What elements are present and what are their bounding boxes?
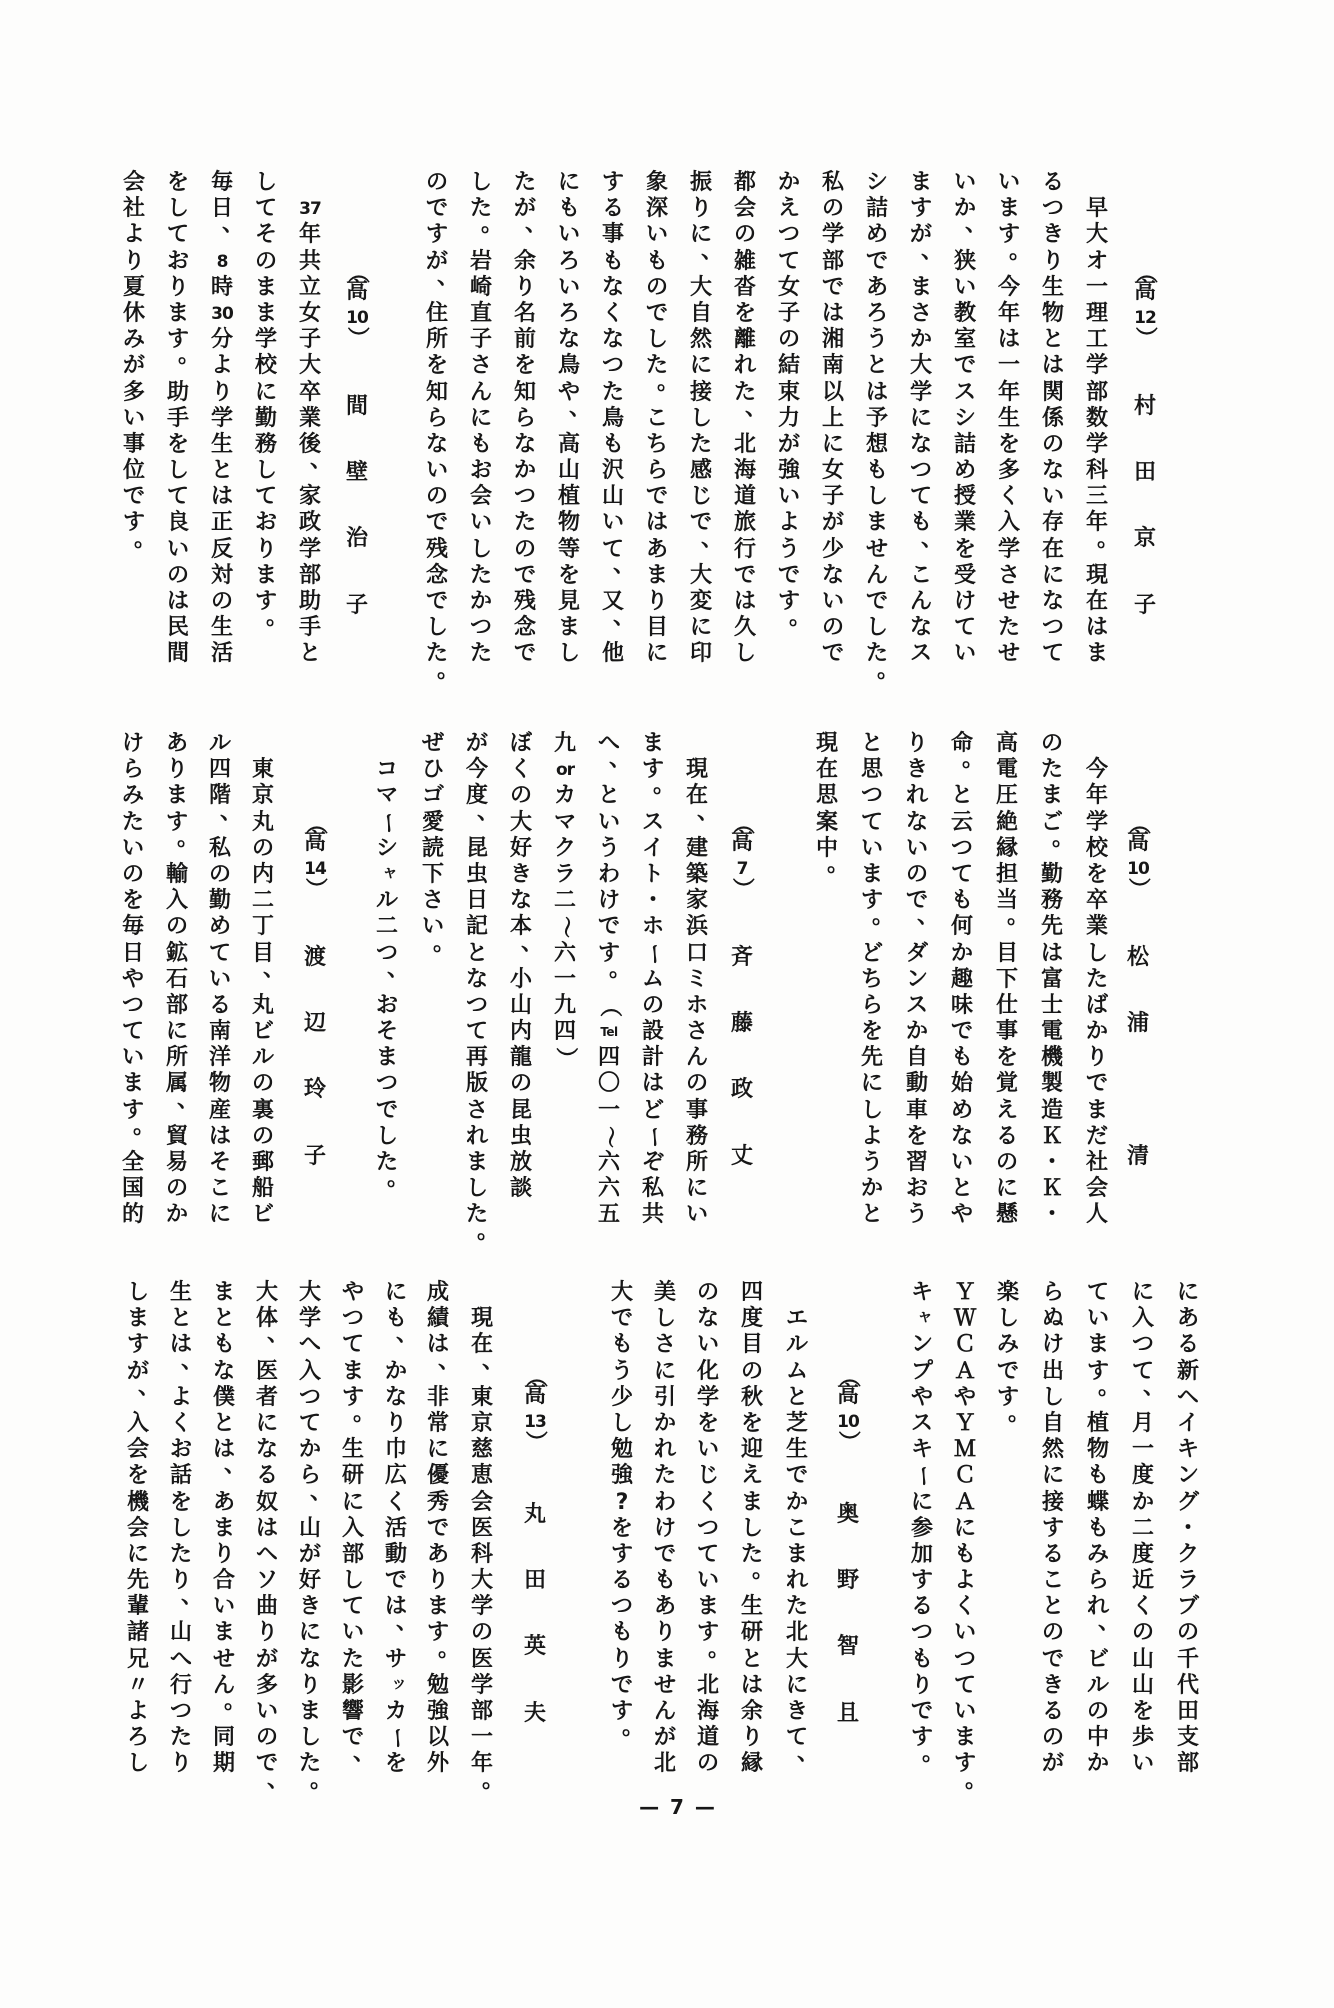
glyph: 勉	[609, 1437, 635, 1463]
glyph: 生	[784, 1437, 810, 1463]
glyph: う	[859, 1150, 885, 1176]
glyph: 理	[1084, 301, 1110, 327]
glyph: 然	[1040, 1437, 1066, 1463]
glyph: の	[1130, 1620, 1156, 1646]
glyph: 丁	[250, 914, 276, 940]
glyph: く	[952, 1594, 978, 1620]
glyph: ビ	[250, 1202, 276, 1228]
glyph: す	[600, 170, 626, 196]
glyph: は	[1040, 353, 1066, 379]
glyph: 。	[435, 658, 461, 684]
glyph: あ	[1175, 1306, 1201, 1332]
glyph: を	[1084, 862, 1110, 888]
glyph: は	[864, 380, 890, 406]
glyph: 九	[552, 993, 578, 1019]
glyph: あ	[864, 275, 890, 301]
glyph: 勤	[1039, 862, 1065, 888]
glyph: 、	[351, 1741, 377, 1767]
glyph: 前	[512, 327, 538, 353]
glyph: の	[164, 914, 190, 940]
text-line: います。今年は一年生を多く入学させたせ	[996, 170, 1022, 668]
glyph: よ	[776, 510, 802, 536]
glyph: 自	[1040, 1411, 1066, 1437]
glyph: み	[1085, 1542, 1111, 1568]
glyph: Ｃ	[952, 1332, 978, 1358]
glyph: の	[684, 1071, 710, 1097]
glyph: 一	[996, 353, 1022, 379]
glyph: さ	[468, 353, 494, 379]
glyph: 深	[644, 196, 670, 222]
glyph: 。	[264, 605, 290, 631]
text-line: に入つて、月一度か二度近くの山山を歩い	[1130, 1280, 1156, 1778]
glyph: な	[1040, 589, 1066, 615]
glyph: イ	[1175, 1411, 1201, 1437]
glyph: る	[1040, 1699, 1066, 1725]
glyph: よ	[121, 222, 147, 248]
glyph: あ	[425, 1542, 451, 1568]
glyph: 山	[168, 1620, 194, 1646]
glyph: で	[425, 1516, 451, 1542]
glyph: 医	[469, 1647, 495, 1673]
glyph: る	[1040, 170, 1066, 196]
glyph: を	[125, 1463, 151, 1489]
glyph: の	[1175, 1620, 1201, 1646]
glyph: 。	[920, 1741, 946, 1767]
glyph: て	[340, 1594, 366, 1620]
glyph: 。	[431, 931, 457, 957]
glyph: 助	[165, 380, 191, 406]
glyph: の	[165, 563, 191, 589]
glyph: ら	[512, 406, 538, 432]
glyph: 。	[1050, 826, 1076, 852]
glyph: ル	[784, 1332, 810, 1358]
glyph: お	[468, 458, 494, 484]
glyph: ば	[1084, 993, 1110, 1019]
glyph: 私	[207, 836, 233, 862]
text-line: 楽しみです。	[995, 1280, 1021, 1437]
glyph: つ	[1040, 615, 1066, 641]
glyph: く	[600, 301, 626, 327]
glyph: た	[1084, 967, 1110, 993]
glyph: ら	[120, 757, 146, 783]
glyph: の	[732, 222, 758, 248]
glyph: 。	[963, 1768, 989, 1794]
glyph: 読	[420, 836, 446, 862]
glyph: が	[652, 1725, 678, 1751]
text-line: 37年共立女子大卒業後、家政学部助手と	[297, 170, 323, 668]
glyph: き	[1040, 1673, 1066, 1699]
glyph: で	[374, 1098, 400, 1124]
glyph: ろ	[864, 301, 890, 327]
glyph: 現	[1084, 563, 1110, 589]
glyph: で	[784, 1463, 810, 1489]
glyph: 教	[952, 301, 978, 327]
glyph: 詰	[864, 196, 890, 222]
text-line: 現在、東京慈恵会医科大学の医学部一年。	[469, 1280, 495, 1804]
glyph: り	[168, 1751, 194, 1777]
glyph: 芝	[784, 1411, 810, 1437]
glyph: ん	[684, 1045, 710, 1071]
glyph: 子	[776, 301, 802, 327]
glyph: ビ	[1085, 1647, 1111, 1673]
glyph: 一	[1084, 275, 1110, 301]
glyph: な	[297, 1647, 323, 1673]
glyph: ま	[640, 731, 666, 757]
glyph: 助	[297, 589, 323, 615]
glyph: 高	[556, 432, 582, 458]
glyph: シ	[952, 406, 978, 432]
glyph: い	[684, 1202, 710, 1228]
glyph: に	[1175, 1280, 1201, 1306]
glyph: 。	[655, 370, 681, 396]
glyph: ル	[207, 731, 233, 757]
glyph: う	[609, 1359, 635, 1385]
glyph: こ	[644, 406, 670, 432]
glyph: 、	[265, 1322, 291, 1348]
glyph	[469, 1280, 495, 1306]
glyph: と	[949, 1176, 975, 1202]
glyph: す	[609, 1542, 635, 1568]
glyph: 山	[600, 484, 626, 510]
glyph: 校	[253, 353, 279, 379]
glyph: し	[859, 1098, 885, 1124]
class-year-label: （高13）	[522, 1370, 548, 1448]
glyph: さ	[464, 1098, 490, 1124]
glyph: 好	[297, 1568, 323, 1594]
glyph: に	[297, 1620, 323, 1646]
glyph: う	[776, 537, 802, 563]
glyph: す	[908, 196, 934, 222]
glyph: す	[125, 1332, 151, 1358]
glyph: の	[776, 327, 802, 353]
glyph: 浦	[1125, 1011, 1151, 1037]
glyph: 印	[688, 641, 714, 667]
glyph: 学	[297, 537, 323, 563]
glyph: 会	[732, 196, 758, 222]
glyph: ま	[211, 1280, 237, 1306]
glyph: オ	[1084, 249, 1110, 275]
glyph: け	[652, 1516, 678, 1542]
glyph: つ	[600, 353, 626, 379]
glyph: 学	[253, 327, 279, 353]
glyph: 業	[297, 406, 323, 432]
glyph: い	[556, 275, 582, 301]
glyph: 大	[609, 1280, 635, 1306]
glyph: （	[736, 811, 749, 837]
glyph: を	[556, 563, 582, 589]
glyph: 日	[120, 941, 146, 967]
glyph: 加	[909, 1542, 935, 1568]
glyph: い	[952, 641, 978, 667]
glyph: 機	[1039, 1045, 1065, 1071]
glyph: 築	[684, 862, 710, 888]
glyph: う	[596, 836, 622, 862]
text-line: 象深いものでした。こちらではあまり目に	[644, 170, 670, 668]
glyph: 海	[732, 458, 758, 484]
glyph: 六	[596, 1176, 622, 1202]
glyph: 、	[308, 1480, 334, 1506]
glyph: 優	[425, 1463, 451, 1489]
text-line: 今年学校を卒業したばかりでまだ社会人	[1084, 731, 1110, 1229]
glyph: コ	[374, 757, 400, 783]
glyph: （	[842, 1364, 855, 1390]
glyph: 奴	[254, 1490, 280, 1516]
glyph: 直	[468, 301, 494, 327]
glyph: 務	[253, 432, 279, 458]
glyph: ま	[297, 1699, 323, 1725]
glyph: 沓	[732, 275, 758, 301]
glyph: て	[952, 1673, 978, 1699]
glyph: ン	[904, 967, 930, 993]
glyph: 先	[1039, 914, 1065, 940]
glyph: 設	[640, 1019, 666, 1045]
text-line: 早大オ一理工学部数学科三年。現在はま	[1084, 170, 1110, 668]
glyph: も	[644, 249, 670, 275]
glyph: し	[165, 458, 191, 484]
glyph: ヘ	[1175, 1385, 1201, 1411]
glyph: ム	[784, 1359, 810, 1385]
glyph: 社	[1084, 1150, 1110, 1176]
glyph: 部	[820, 249, 846, 275]
glyph: お	[253, 510, 279, 536]
glyph: 九	[552, 731, 578, 757]
glyph: 外	[425, 1751, 451, 1777]
glyph: も	[556, 196, 582, 222]
text-line: けらみたいのを毎日やつています。全国的	[120, 731, 146, 1229]
glyph: 久	[732, 615, 758, 641]
glyph: け	[1040, 1332, 1066, 1358]
glyph: と	[168, 1306, 194, 1332]
glyph: カ	[383, 1699, 409, 1725]
glyph: ・	[1039, 1150, 1065, 1176]
glyph	[250, 731, 276, 757]
glyph: き	[784, 1699, 810, 1725]
glyph: 電	[994, 757, 1020, 783]
glyph: 思	[859, 757, 885, 783]
glyph: 北	[732, 432, 758, 458]
glyph: 事	[600, 222, 626, 248]
glyph: は	[254, 1516, 280, 1542]
glyph: も	[600, 249, 626, 275]
glyph: の	[644, 275, 670, 301]
glyph: な	[820, 563, 846, 589]
glyph: の	[250, 1071, 276, 1097]
glyph: 。	[1007, 239, 1033, 265]
glyph: も	[609, 1620, 635, 1646]
glyph: り	[425, 1568, 451, 1594]
glyph: れ	[784, 1568, 810, 1594]
glyph: 大	[508, 810, 534, 836]
glyph: 夫	[522, 1701, 548, 1727]
glyph: せ	[996, 589, 1022, 615]
glyph: と	[859, 731, 885, 757]
glyph: の	[695, 1751, 721, 1777]
glyph: ）	[842, 1429, 855, 1455]
text-line: にある新ヘイキング・クラブの千代田支部	[1175, 1280, 1201, 1778]
glyph: ま	[253, 301, 279, 327]
glyph: 恵	[469, 1463, 495, 1489]
glyph: 学	[1084, 353, 1110, 379]
glyph: ま	[120, 1071, 146, 1097]
glyph: 手	[165, 406, 191, 432]
glyph: つ	[952, 1647, 978, 1673]
glyph: 東	[250, 757, 276, 783]
glyph: 六	[596, 1150, 622, 1176]
glyph: 年	[297, 222, 323, 248]
glyph: 力	[776, 406, 802, 432]
text-line: と思つています。どちらを先にしようかと	[859, 731, 885, 1229]
glyph: 接	[688, 380, 714, 406]
glyph: 広	[383, 1463, 409, 1489]
glyph	[1125, 1077, 1151, 1103]
glyph: え	[994, 1098, 1020, 1124]
glyph: 正	[209, 510, 235, 536]
glyph: 入	[125, 1411, 151, 1437]
glyph: し	[424, 615, 450, 641]
glyph: で	[1040, 1647, 1066, 1673]
glyph: り	[165, 275, 191, 301]
glyph: い	[120, 1045, 146, 1071]
glyph: 非	[425, 1385, 451, 1411]
glyph: た	[996, 615, 1022, 641]
glyph: ク	[1175, 1542, 1201, 1568]
glyph: 会	[469, 1490, 495, 1516]
glyph: お	[374, 993, 400, 1019]
glyph: 治	[344, 526, 370, 552]
glyph: の	[164, 1176, 190, 1202]
glyph: て	[908, 484, 934, 510]
glyph: or	[552, 757, 578, 783]
glyph: い	[949, 1150, 975, 1176]
glyph: 支	[1175, 1725, 1201, 1751]
glyph: い	[1085, 1306, 1111, 1332]
glyph: の	[508, 1071, 534, 1097]
glyph: も	[949, 888, 975, 914]
glyph: し	[297, 1725, 323, 1751]
glyph: て	[1085, 1280, 1111, 1306]
text-line: 九orカマクラ二〜六一九四）	[552, 731, 578, 1071]
glyph: 丈	[729, 1144, 755, 1170]
glyph: り	[904, 731, 930, 757]
glyph: 受	[952, 563, 978, 589]
glyph: か	[784, 1490, 810, 1516]
glyph: 代	[1175, 1673, 1201, 1699]
glyph: 輸	[164, 862, 190, 888]
glyph: に	[207, 1202, 233, 1228]
glyph: を	[994, 1045, 1020, 1071]
glyph: の	[250, 1124, 276, 1150]
glyph: 圧	[994, 783, 1020, 809]
glyph: カ	[552, 783, 578, 809]
glyph: 人	[1084, 1202, 1110, 1228]
glyph: ま	[425, 1594, 451, 1620]
glyph: し	[652, 1306, 678, 1332]
glyph: 。	[875, 658, 901, 684]
glyph: 浜	[684, 914, 710, 940]
text-line: らぬけ出し自然に接することのできるのが	[1040, 1280, 1066, 1778]
text-line: 美しさに引かれたわけでもありませんが北	[652, 1280, 678, 1778]
glyph: じ	[688, 484, 714, 510]
glyph: め	[952, 458, 978, 484]
glyph: が	[254, 1647, 280, 1673]
glyph: ヘ	[254, 1542, 280, 1568]
glyph: し	[1040, 1385, 1066, 1411]
glyph: 授	[952, 484, 978, 510]
glyph: し	[864, 484, 890, 510]
glyph: を	[165, 432, 191, 458]
glyph: 女	[297, 301, 323, 327]
document-page: （高12） 村田京子 早大オ一理工学部数学科三年。現在はま るつきり生物とは関係…	[0, 0, 1334, 2008]
glyph: ダ	[904, 941, 930, 967]
glyph: 大	[469, 1568, 495, 1594]
glyph: 。	[750, 1558, 776, 1584]
glyph: を	[165, 170, 191, 196]
glyph: で	[121, 484, 147, 510]
glyph: 。	[706, 1637, 732, 1663]
glyph: 物	[207, 1071, 233, 1097]
glyph: な	[600, 275, 626, 301]
glyph: 僕	[211, 1385, 237, 1411]
glyph: ま	[253, 563, 279, 589]
text-line: まともな僕とは、あまり合いません。同期	[211, 1280, 237, 1778]
glyph: 、	[567, 396, 593, 422]
glyph: ミ	[684, 967, 710, 993]
glyph: あ	[164, 731, 190, 757]
glyph: ら	[1040, 1280, 1066, 1306]
glyph: か	[652, 1411, 678, 1437]
glyph: 等	[556, 537, 582, 563]
glyph: 年	[1084, 783, 1110, 809]
glyph: に	[383, 1280, 409, 1306]
glyph: 在	[1040, 537, 1066, 563]
glyph: 念	[424, 563, 450, 589]
glyph: ブ	[1175, 1594, 1201, 1620]
glyph: 間	[344, 394, 370, 420]
glyph: ぞ	[640, 1150, 666, 1176]
glyph: Ｍ	[952, 1437, 978, 1463]
glyph: マ	[552, 810, 578, 836]
glyph: 工	[1084, 327, 1110, 353]
glyph: を	[168, 1490, 194, 1516]
glyph: 目	[644, 615, 670, 641]
glyph: 多	[996, 458, 1022, 484]
glyph: 目	[994, 941, 1020, 967]
glyph: 学	[996, 537, 1022, 563]
glyph: と	[464, 941, 490, 967]
glyph: と	[784, 1385, 810, 1411]
glyph: 会	[125, 1516, 151, 1542]
glyph: ち	[859, 967, 885, 993]
glyph: 間	[165, 641, 191, 667]
glyph: な	[556, 327, 582, 353]
glyph: 鳥	[556, 353, 582, 379]
glyph: 都	[732, 170, 758, 196]
glyph: に	[556, 170, 582, 196]
glyph: ）	[552, 1045, 578, 1071]
glyph: せ	[996, 641, 1022, 667]
glyph: 女	[820, 458, 846, 484]
glyph: け	[952, 589, 978, 615]
glyph: 現	[469, 1306, 495, 1332]
glyph	[297, 170, 323, 196]
glyph: い	[424, 458, 450, 484]
class-year-label: （高10）	[344, 266, 370, 344]
glyph: る	[207, 993, 233, 1019]
text-line: ますが、まさか大学になつても、こんなス	[908, 170, 934, 668]
glyph: 山	[1130, 1647, 1156, 1673]
glyph: な	[908, 615, 934, 641]
glyph: は	[996, 327, 1022, 353]
